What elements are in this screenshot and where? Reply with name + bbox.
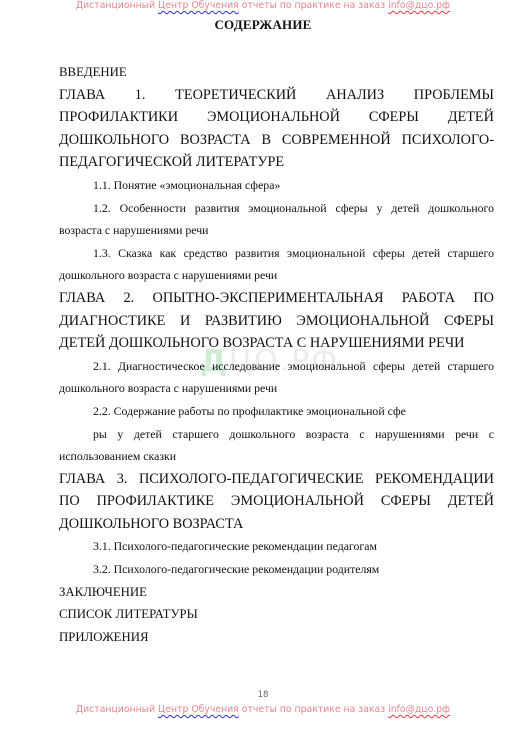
page-number: 18	[0, 690, 526, 700]
footer-advert: Дистанционный Центр Обучения отчеты по п…	[0, 704, 526, 715]
toc-entry-top: ПРИЛОЖЕНИЯ	[59, 626, 494, 649]
footer-email-link[interactable]: info@дцо.рф	[388, 704, 450, 715]
footer-text-1: Дистанционный	[76, 704, 158, 715]
toc-entry-section: 1.1. Понятие «эмоциональная сфера»	[59, 174, 494, 197]
toc-entry-top: ЗАКЛЮЧЕНИЕ	[59, 581, 494, 604]
header-email-link[interactable]: info@дцо.рф	[388, 0, 450, 11]
toc-entry-section: 2.2. Содержание работы по профилактике э…	[59, 400, 494, 423]
toc-entry-section: 3.2. Психолого-педагогические рекомендац…	[59, 558, 494, 581]
header-text-3: отчеты по практике на заказ	[239, 0, 388, 11]
toc-entry-chapter: ГЛАВА 2. ОПЫТНО-ЭКСПЕРИМЕНТАЛЬНАЯ РАБОТА…	[59, 287, 494, 355]
footer-text-2: Центр Обучения	[158, 704, 239, 715]
header-text-1: Дистанционный	[76, 0, 158, 11]
footer-text-3: отчеты по практике на заказ	[239, 704, 388, 715]
toc-entry-section: 2.1. Диагностическое исследование эмоцио…	[59, 355, 494, 400]
header-text-2: Центр Обучения	[158, 0, 239, 11]
toc-entry-section: 1.3. Сказка как средство развития эмоцио…	[59, 242, 494, 287]
toc-entry-section: ры у детей старшего дошкольного возраста…	[59, 423, 494, 468]
toc-entry-chapter: ГЛАВА 1. ТЕОРЕТИЧЕСКИЙ АНАЛИЗ ПРОБЛЕМЫ П…	[59, 84, 494, 174]
toc-entry-top: СПИСОК ЛИТЕРАТУРЫ	[59, 603, 494, 626]
toc-entry-section: 3.1. Психолого-педагогические рекомендац…	[59, 535, 494, 558]
page-title: СОДЕРЖАНИЕ	[0, 17, 526, 33]
toc-entry-top: ВВЕДЕНИЕ	[59, 61, 494, 84]
header-advert: Дистанционный Центр Обучения отчеты по п…	[0, 0, 526, 11]
table-of-contents: ВВЕДЕНИЕГЛАВА 1. ТЕОРЕТИЧЕСКИЙ АНАЛИЗ ПР…	[59, 61, 494, 648]
toc-entry-section: 1.2. Особенности развития эмоциональной …	[59, 197, 494, 242]
toc-entry-chapter: ГЛАВА 3. ПСИХОЛОГО-ПЕДАГОГИЧЕСКИЕ РЕКОМЕ…	[59, 468, 494, 536]
